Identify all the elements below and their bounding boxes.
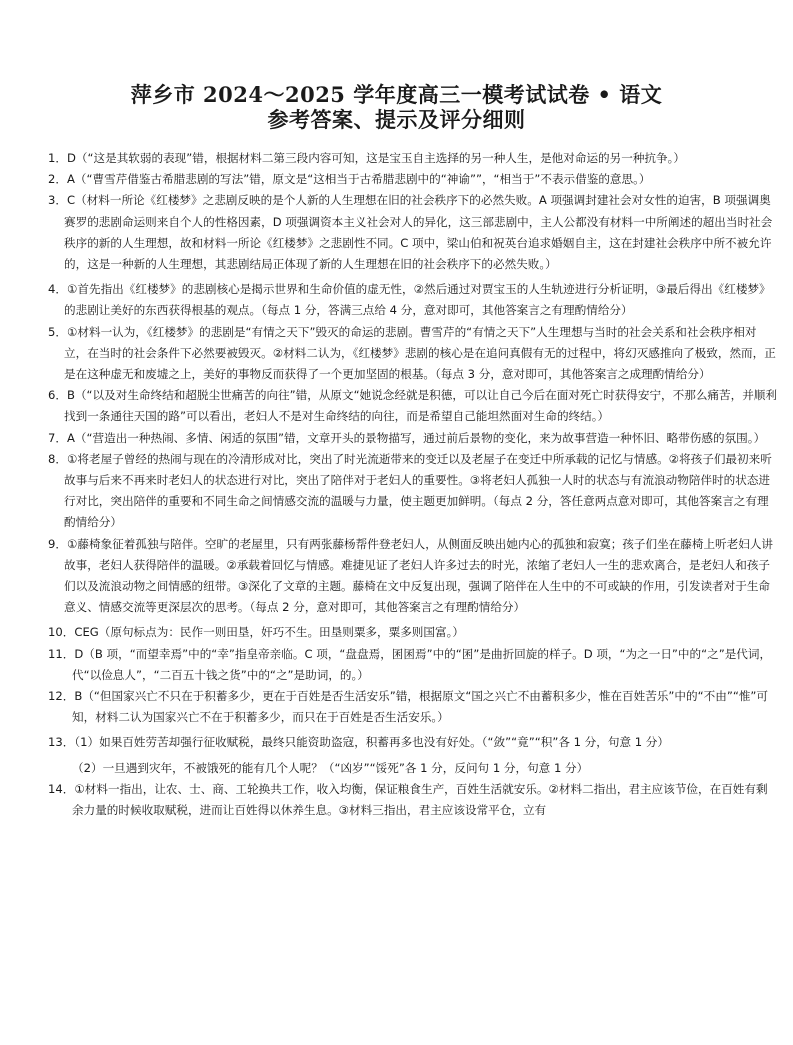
answer-text: ①首先指出《红楼梦》的悲剧核心是揭示世界和生命价值的虚无性，②然后通过对贾宝玉的…	[64, 282, 771, 317]
answer-item-11: 11．D（B 项，“而望幸焉”中的“幸”指皇帝亲临。C 项，“盘盘焉，囷囷焉”中…	[48, 644, 778, 686]
answer-list: 1．D（“这是其软弱的表现”错，根据材料二第三段内容可知，这是宝玉自主选择的另一…	[48, 148, 778, 821]
answer-item-5: 5．①材料一认为，《红楼梦》的悲剧是“有情之天下”毁灭的命运的悲剧。曹雪芹的“有…	[48, 322, 778, 386]
document-title: 萍乡市 2024～2025 学年度高三一模考试试卷 • 语文 参考答案、提示及评…	[0, 82, 793, 132]
answer-item-2: 2．A（“曹雪芹借鉴古希腊悲剧的写法”错，原文是“这相当于古希腊悲剧中的“神谕”…	[48, 169, 778, 190]
answer-text: （1）如果百姓劳苦却强行征收赋税，最终只能资助盗寇，积蓄再多也没有好处。（“敛”…	[74, 735, 669, 749]
answer-item-7: 7．A（“营造出一种热闹、多情、闲适的氛围”错，文章开头的景物描写，通过前后景物…	[48, 428, 778, 449]
answer-text: B（“但国家兴亡不只在于积蓄多少，更在于百姓是否生活安乐”错，根据原文“国之兴亡…	[72, 689, 768, 724]
answer-text: B（“以及对生命终结和超脱尘世痛苦的向往”错，从原文“她说念经就是积德，可以让自…	[64, 388, 777, 423]
answer-text: （2）一旦遇到灾年，不被饿死的能有几个人呢？（“凶岁”“馁死”各 1 分，反问句…	[72, 761, 588, 775]
answer-text: ①藤椅象征着孤独与陪伴。空旷的老屋里，只有两张藤杨帮件登老妇人，从侧面反映出她内…	[64, 537, 773, 615]
answer-item-13-2: （2）一旦遇到灾年，不被饿死的能有几个人呢？（“凶岁”“馁死”各 1 分，反问句…	[48, 758, 778, 779]
answer-text: D（“这是其软弱的表现”错，根据材料二第三段内容可知，这是宝玉自主选择的另一种人…	[67, 151, 685, 165]
title-line-1: 萍乡市 2024～2025 学年度高三一模考试试卷 • 语文	[0, 82, 793, 107]
answer-item-14: 14．①材料一指出，让农、士、商、工轮换共工作，收入均衡，保证粮食生产，百姓生活…	[48, 779, 778, 821]
answer-item-4: 4．①首先指出《红楼梦》的悲剧核心是揭示世界和生命价值的虚无性，②然后通过对贾宝…	[48, 279, 778, 321]
answer-text: ①材料一指出，让农、士、商、工轮换共工作，收入均衡，保证粮食生产，百姓生活就安乐…	[72, 782, 768, 817]
answer-text: CEG（原句标点为：民作一则田垦，奸巧不生。田垦则粟多，粟多则国富。）	[74, 625, 464, 639]
answer-item-1: 1．D（“这是其软弱的表现”错，根据材料二第三段内容可知，这是宝玉自主选择的另一…	[48, 148, 778, 169]
answer-text: C（材料一所论《红楼梦》之悲剧反映的是个人新的人生理想在旧的社会秩序下的必然失败…	[64, 193, 772, 271]
answer-item-10: 10．CEG（原句标点为：民作一则田垦，奸巧不生。田垦则粟多，粟多则国富。）	[48, 622, 778, 643]
answer-item-3: 3．C（材料一所论《红楼梦》之悲剧反映的是个人新的人生理想在旧的社会秩序下的必然…	[48, 190, 778, 275]
answer-text: A（“营造出一种热闹、多情、闲适的氛围”错，文章开头的景物描写，通过前后景物的变…	[67, 431, 765, 445]
answer-item-12: 12．B（“但国家兴亡不只在于积蓄多少，更在于百姓是否生活安乐”错，根据原文“国…	[48, 686, 778, 728]
answer-text: D（B 项，“而望幸焉”中的“幸”指皇帝亲临。C 项，“盘盘焉，囷囷焉”中的“囷…	[72, 647, 771, 682]
title-line-2: 参考答案、提示及评分细则	[0, 107, 793, 132]
answer-text: ①将老屋子曾经的热闹与现在的冷清形成对比，突出了时光流逝带来的变迁以及老屋子在变…	[64, 452, 772, 530]
answer-item-13: 13．（1）如果百姓劳苦却强行征收赋税，最终只能资助盗寇，积蓄再多也没有好处。（…	[48, 732, 778, 753]
answer-text: A（“曹雪芹借鉴古希腊悲剧的写法”错，原文是“这相当于古希腊悲剧中的“神谕””，…	[67, 172, 651, 186]
answer-item-6: 6．B（“以及对生命终结和超脱尘世痛苦的向往”错，从原文“她说念经就是积德，可以…	[48, 385, 778, 427]
answer-item-9: 9．①藤椅象征着孤独与陪伴。空旷的老屋里，只有两张藤杨帮件登老妇人，从侧面反映出…	[48, 534, 778, 619]
answer-item-8: 8．①将老屋子曾经的热闹与现在的冷清形成对比，突出了时光流逝带来的变迁以及老屋子…	[48, 449, 778, 534]
answer-text: ①材料一认为，《红楼梦》的悲剧是“有情之天下”毁灭的命运的悲剧。曹雪芹的“有情之…	[64, 325, 776, 381]
